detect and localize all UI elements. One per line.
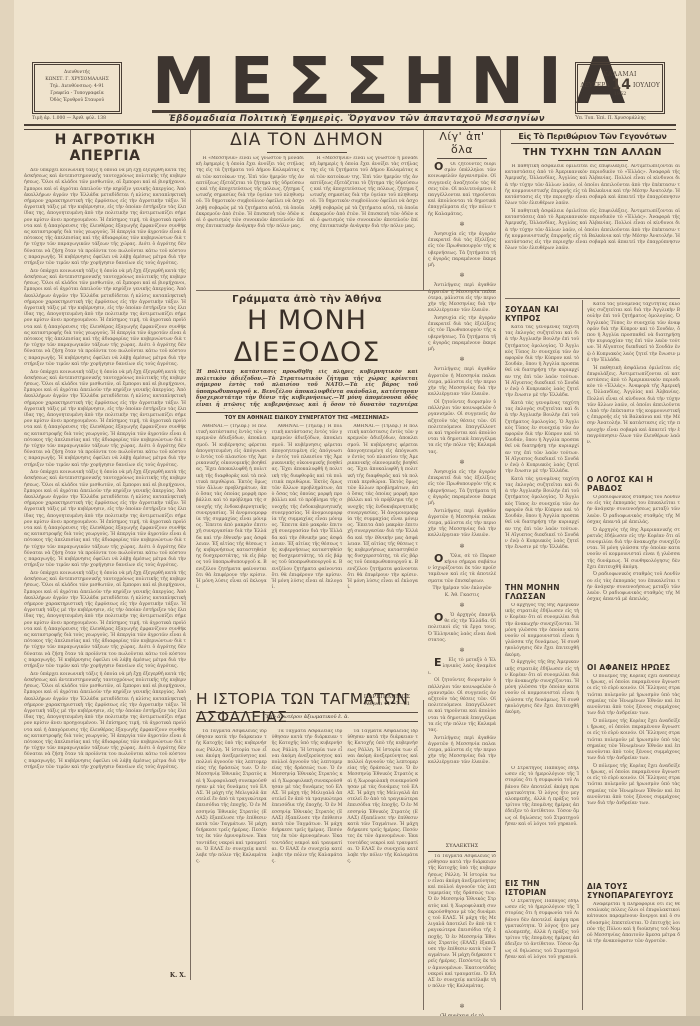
column-rule [190, 130, 191, 690]
column-rule [582, 300, 583, 1010]
article-lead: Ἡ πολιτικὴ κατάστασις προωθήθη εἰς πλήρε… [196, 369, 418, 409]
dropcap: Ο [428, 162, 443, 172]
article-body: Ὁ ραδιοφωνικὸς σταθμὸς τοῦ Λονδίνου εἰς … [587, 495, 680, 660]
paragraph: Κατὰ τὰς γενομένας ταχύτητας ἐκλογὰς συζ… [505, 401, 579, 475]
article-headline: ΟΙ ΑΦΑΝΕΙΣ ΗΡΩΕΣ [587, 663, 680, 672]
year: 1952 [578, 91, 662, 98]
page-edge-right [686, 0, 700, 1026]
article-body: Ἀναφέρεται ἡ πληροφορία ὅτι εἰς θεσσαλικ… [587, 902, 680, 992]
column-rule [190, 700, 191, 980]
paragraph: Ἡ «Μεσσηνία» εἶναι ὡς γνωστὸν ἡ μοναδικὴ… [310, 156, 418, 230]
article-body: Ἡ παθητικὴ ἀσφάλεια ὁμιλεῖται εἰς ἐπιφυλ… [505, 164, 680, 304]
paragraph: Ὁ ἀρχηγὸς τῆς 8ης Ἀμερικανικῆς στρατιᾶς … [505, 660, 579, 716]
right-subcolumn-right: Κατὰ τὰς γενομένας ταχύτητας ἐκλογὰς συζ… [587, 302, 680, 992]
article-body: ΑΘΗΝΑΙ.— (Τηλεφ.) Ἡ πολιτικὴ κατάστασις … [196, 424, 418, 694]
section-rule [428, 851, 496, 852]
title-underline-rule [152, 110, 540, 113]
paragraph: Ὁ Στρατηγὸς Πάπαγος ἐδήλωσεν εἰς τὸ ἡμερ… [505, 899, 579, 961]
newspaper-subtitle: Ἑβδομαδιαία Πολιτικὴ Ἐφημερὶς. Ὄργανον τ… [152, 114, 562, 124]
article-body: Ὁ ἀρχηγὸς τῆς 8ης Ἀμερικανικῆς στρατιᾶς … [505, 603, 579, 763]
paragraph: Ὁ ἀρχηγὸς τῆς 8ης Ἀμερικανικῆς στρατιᾶς … [587, 528, 680, 571]
article-dimon: ΔΙΑ ΤΟΝ ΔΗΜΟΝ Ἡ «Μεσσηνία» εἶναι ὡς γνωσ… [196, 130, 418, 286]
article-body: Τὰ Τάγματα Ἀσφαλείας ἱδρύθησαν κατὰ τὴν … [428, 854, 496, 999]
page-edge-left [0, 0, 14, 1026]
article-athens: Γράμματα ἀπὸ τὴν Ἀθήνα Η ΜΟΝΗ ΔΙΕΞΟΔΟΣ Ἡ… [196, 294, 496, 722]
weekday: ΔΕΥΤΕΡΑ [580, 82, 609, 89]
dateline: ΔΕΥΤΕΡΑ 14 ΙΟΥΛΙΟΥ [578, 82, 662, 89]
publisher-offices: Γραφεῖα - Τυπογραφεῖα [35, 90, 119, 97]
paragraph: Κατὰ τὰς γενομένας ταχύτητας ἐκλογὰς συζ… [505, 325, 579, 399]
newspaper-title: ΜΕΣΣΗΝΙΑ [152, 52, 562, 110]
section-rule [196, 290, 496, 291]
paragraph: ΑΘΗΝΑΙ.— (Τηλεφ.) Ἡ πολιτικὴ κατάστασις … [196, 424, 267, 591]
column-rule [500, 130, 501, 1010]
article-headline: ΔΙΑ ΤΟΥΣ ΣΥΝΟΠΑΡΑΓΕΥΓΟΥΣ [587, 882, 680, 900]
article-body: Κατὰ τὰς γενομένας ταχύτητας ἐκλογὰς συζ… [587, 302, 680, 472]
page-bottom-edge [0, 1016, 700, 1026]
publisher-name: ΚΩΝΣΤ. Γ. ΧΡΥΣΟΜΑΛΛΗΣ [35, 76, 119, 83]
paragraph: Ἡ παθητικὴ ἀσφάλεια ὁμιλεῖται εἰς ἐπιφυλ… [587, 366, 680, 447]
paragraph: ΑΘΗΝΑΙ.— (Τηλεφ.) Ἡ πολιτικὴ κατάστασις … [272, 424, 343, 591]
date-box: ΚΑΛΑΜΑΙ ΔΕΥΤΕΡΑ 14 ΙΟΥΛΙΟΥ 1952 [575, 62, 665, 114]
column-rule [423, 130, 424, 290]
article-body: Ὁ Στρατηγὸς Πάπαγος ἐδήλωσεν εἰς τὸ ἡμερ… [505, 766, 579, 876]
tagmata-continuation: ΣΥΛΛΕΚΤΗΣ Τὰ Τάγματα Ἀσφαλείας ἱδρύθησαν… [428, 842, 496, 1024]
printer-credit: Ὑπ. Τυπ. Ἐπὶ. Π. Χρυσομάλλης [575, 116, 646, 121]
article-headline: Η ΑΓΡΟΤΙΚΗ ΑΠΕΡΓΙΑ [24, 132, 186, 164]
separator-stars: ✲ [428, 1003, 496, 1010]
publisher-box: Διευθυντής ΚΩΝΣΤ. Γ. ΧΡΥΣΟΜΑΛΛΗΣ Τηλ. Δι… [32, 62, 122, 114]
article-headline: ΕΙΣ ΤΗΝ ΙΣΤΟΡΙΑΝ [505, 879, 579, 897]
paragraph: Δεν ὑπάρχει κοινωνικὴ τάξις ἡ ὁποία νὰ μ… [24, 571, 186, 670]
paragraph: Ὁ πόλεμος τῆς Κορέας ἔχει ἀναδείξει ἥρωα… [587, 764, 680, 807]
article-body: Ἡ «Μεσσηνία» εἶναι ὡς γνωστὸν ἡ μοναδικὴ… [196, 156, 418, 286]
article-body: Κατὰ τὰς γενομένας ταχύτητας ἐκλογὰς συζ… [505, 325, 579, 580]
article-byline: ΤΟΥ ΕΝ ΑΘΗΝΑΙΣ ΕΙΔΙΚΟΥ ΣΥΝΕΡΓΑΤΟΥ ΤΗΣ «Μ… [196, 412, 418, 421]
article-kicker: Εἰς Τὸ Περιθώριον Τῶν Γεγονότων [511, 132, 674, 144]
paragraph: Κατὰ τὰς γενομένας ταχύτητας ἐκλογὰς συζ… [587, 302, 680, 364]
publisher-address: Ὁδὸς Ἐρυθροῦ Σταυροῦ [35, 97, 119, 104]
paragraph: Τὰ Τάγματα Ἀσφαλείας ἱδρύθησαν κατὰ τὴν … [272, 729, 343, 865]
article-headline: ΣΟΥΔΑΝ ΚΑΙ ΚΥΠΡΟΣ [505, 305, 579, 323]
article-body: Τὰ Τάγματα Ἀσφαλείας ἱδρύθησαν κατὰ τὴν … [196, 729, 418, 1026]
paragraph: Κατὰ τὰς γενομένας ταχύτητας ἐκλογὰς συζ… [505, 477, 579, 551]
article-headline: Ο ΛΟΓΟΣ ΚΑΙ Η ΡΑΒΔΟΣ [587, 475, 680, 493]
publisher-phone: Τηλ. Διευθύνσεως: 4-91 [35, 83, 119, 90]
paragraph: Ὁ πόλεμος τῆς Κορέας ἔχει ἀναδείξει ἥρωα… [587, 719, 680, 762]
paragraph: Δεν ὑπάρχει κοινωνικὴ τάξις ἡ ὁποία νὰ μ… [24, 672, 186, 771]
masthead: Διευθυντής ΚΩΝΣΤ. Γ. ΧΡΥΣΟΜΑΛΛΗΣ Τηλ. Δι… [20, 50, 680, 125]
article-body: Δεν ὑπάρχει κοινωνικὴ τάξις ἡ ὁποία νὰ μ… [24, 168, 186, 968]
article-headline: ΤΗΝ ΜΟΝΗΝ ΓΛΩΣΣΑΝ [505, 583, 579, 601]
paragraph: Ὁ ραδιοφωνικὸς σταθμὸς τοῦ Λονδίνου εἰς … [587, 572, 680, 603]
paragraph: Τὰ Τάγματα Ἀσφαλείας ἱδρύθησαν κατὰ τὴν … [347, 729, 418, 865]
article-signature: Κ. Χ. [24, 972, 186, 979]
paragraph: Ἀνησυχία εἰς τὴν ἀγοράν ἐπικρατεῖ διὰ τὰ… [428, 232, 496, 269]
paragraph: ΑΘΗΝΑΙ.— (Τηλεφ.) Ἡ πολιτικὴ κατάστασις … [347, 424, 418, 591]
separator-stars: ✲ [428, 222, 496, 228]
paragraph: Ὁ Στρατηγὸς Πάπαγος ἐδήλωσεν εἰς τὸ ἡμερ… [505, 766, 579, 828]
paragraph: Ἀναφέρεται ἡ πληροφορία ὅτι εἰς θεσσαλικ… [587, 902, 680, 945]
separator-stars: ✲ [428, 273, 496, 279]
paragraph: Τὰ Τάγματα Ἀσφαλείας ἱδρύθησαν κατὰ τὴν … [428, 854, 496, 990]
article-headline: ΤΗΝ ΤΥΧΗΝ ΤΩΝ ΑΛΛΩΝ [505, 147, 680, 158]
headline-rule [558, 160, 628, 161]
article-periodia: Εἰς Τὸ Περιθώριον Τῶν Γεγονότων ΤΗΝ ΤΥΧΗ… [505, 130, 680, 304]
price-issue: Τιμὴ ἀρ. 1.000 — Ἀριθ. φύλ. 138 [32, 116, 106, 121]
section-rule [505, 298, 680, 299]
article-headline: Η ΙΣΤΟΡΙΑ ΤΩΝ ΤΑΓΜΑΤΩΝ ΑΣΦΑΛΕΙΑΣ [196, 690, 496, 726]
article-kicker: Γράμματα ἀπὸ τὴν Ἀθήνα [196, 294, 418, 305]
paragraph: Ὁ ἀρχηγὸς τῆς 8ης Ἀμερικανικῆς στρατιᾶς … [505, 603, 579, 659]
paragraph: Ὁ πόλεμος τῆς Κορέας ἔχει ἀναδείξει ἥρωα… [587, 674, 680, 717]
article-headline: Η ΜΟΝΗ ΔΙΕΞΟΔΟΣ [196, 305, 418, 369]
paragraph: Δεν ὑπάρχει κοινωνικὴ τάξις ἡ ὁποία νὰ μ… [24, 168, 186, 267]
article-headline: ΔΙΑ ΤΟΝ ΔΗΜΟΝ [196, 130, 418, 150]
paragraph: Ὁ ραδιοφωνικὸς σταθμὸς τοῦ Λονδίνου εἰς … [587, 495, 680, 526]
article-signature: ΣΥΛΛΕΚΤΗΣ [428, 843, 496, 849]
paragraph: Δεν ὑπάρχει κοινωνικὴ τάξις ἡ ὁποία νὰ μ… [24, 269, 186, 368]
paragraph: Ἡ «Μεσσηνία» εἶναι ὡς γνωστὸν ἡ μοναδικὴ… [196, 156, 304, 230]
article-headline: Λίγ' ἀπ' ὅλα [428, 130, 496, 156]
right-subcolumn-left: ΣΟΥΔΑΝ ΚΑΙ ΚΥΠΡΟΣ Κατὰ τὰς γενομένας ταχ… [505, 302, 579, 1009]
paragraph: Δεν ὑπάρχει κοινωνικὴ τάξις ἡ ὁποία νὰ μ… [24, 470, 186, 569]
article-body: Ὁ Στρατηγὸς Πάπαγος ἐδήλωσεν εἰς τὸ ἡμερ… [505, 899, 579, 1009]
paragraph: Ἡ παθητικὴ ἀσφάλεια ὁμιλεῖται εἰς ἐπιφυλ… [505, 164, 680, 207]
headline-rule [437, 158, 487, 159]
paragraph: Τὰ Τάγματα Ἀσφαλείας ἱδρύθησαν κατὰ τὴν … [196, 729, 267, 865]
article-agrotiki: Η ΑΓΡΟΤΙΚΗ ΑΠΕΡΓΙΑ Δεν ὑπάρχει κοινωνικὴ… [24, 130, 186, 979]
article-body: Ὁ πόλεμος τῆς Κορέας ἔχει ἀναδείξει ἥρωα… [587, 674, 680, 879]
publisher-role: Διευθυντής [35, 69, 119, 76]
paragraph: Δεν ὑπάρχει κοινωνικὴ τάξις ἡ ὁποία νὰ μ… [24, 370, 186, 469]
headline-rule [267, 152, 347, 153]
month: ΙΟΥΛΙΟΥ [633, 82, 660, 89]
paragraph: Ἡ παθητικὴ ἀσφάλεια ὁμιλεῖται εἰς ἐπιφυλ… [505, 209, 680, 252]
